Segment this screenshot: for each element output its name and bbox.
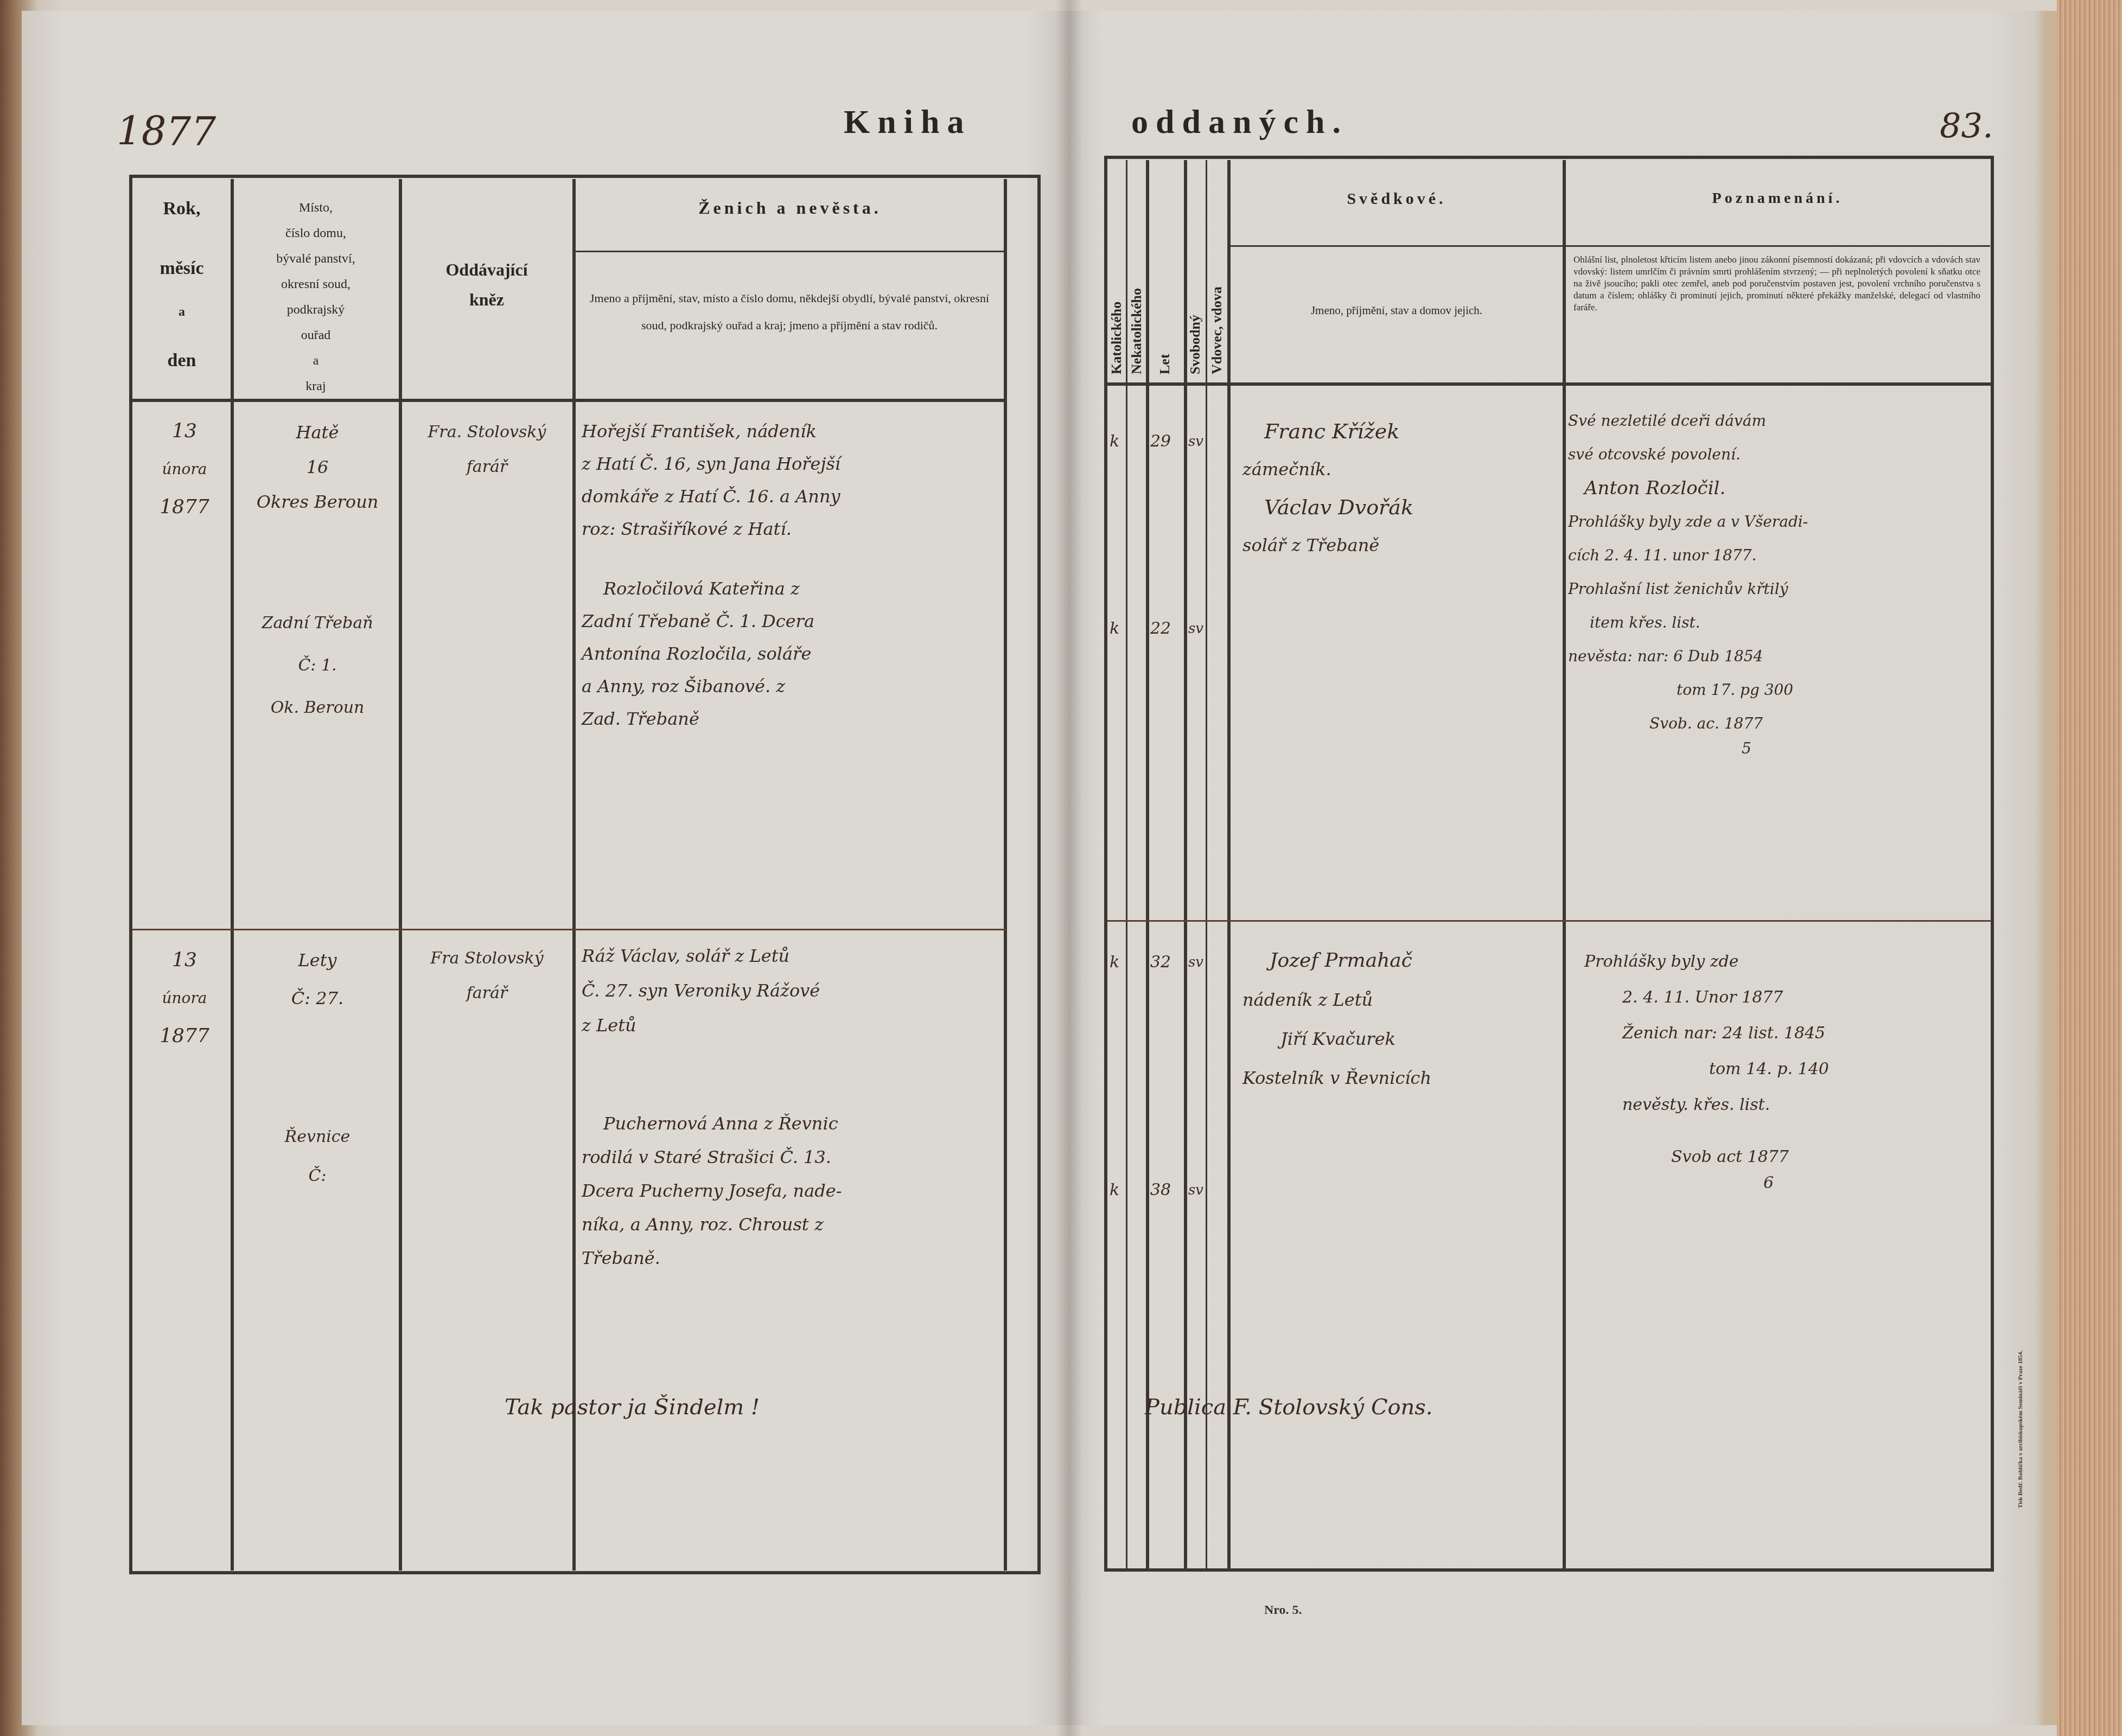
witness-line: Kostelník v Řevnicích xyxy=(1242,1058,1431,1097)
note-line: 2. 4. 11. Unor 1877 xyxy=(1584,980,1829,1016)
entry2-year: 1877 xyxy=(155,1017,214,1055)
entry2-month: února xyxy=(155,979,214,1017)
entry1-notes: Své nezletilé dceři dávám své otcovské p… xyxy=(1568,404,1808,757)
groom-line: z Letů xyxy=(582,1008,820,1043)
header-priest-line: kněz xyxy=(403,285,571,315)
note-line: Anton Rozločil. xyxy=(1568,471,1808,505)
note-line: své otcovské povolení. xyxy=(1568,438,1808,471)
place-line: Hatě xyxy=(239,415,396,450)
witness-line: Václav Dvořák xyxy=(1242,488,1413,526)
col-divider xyxy=(572,179,576,1571)
header-place-line: ouřad xyxy=(234,323,397,348)
note-line: Svob. ac. 1877 xyxy=(1568,707,1808,741)
col-divider xyxy=(1206,160,1207,1571)
note-line: Prohlášky byly zde a v Všeradi- xyxy=(1568,505,1808,539)
col-divider xyxy=(1004,179,1007,1571)
printer-note: Tisk Bedř. Rohlíčka v arcibiskupském Sem… xyxy=(2017,1350,2024,1508)
header-date-line: měsíc xyxy=(133,255,231,282)
header-widowed: Vdovec, vdova xyxy=(1209,286,1225,374)
groom-line: Ráž Václav, solář z Letů xyxy=(582,939,820,973)
entry1-witnesses: Franc Křížek zámečník. Václav Dvořák sol… xyxy=(1242,412,1413,564)
note-line: nevěsta: nar: 6 Dub 1854 xyxy=(1568,640,1808,673)
entry2-place-groom: Lety Č: 27. xyxy=(239,941,396,1017)
bride-line: Antonína Rozločila, soláře xyxy=(582,637,814,670)
col-divider xyxy=(1146,160,1149,1571)
col-divider xyxy=(231,179,234,1571)
form-number: Nro. 5. xyxy=(1264,1603,1302,1618)
entry2-witnesses: Jozef Prmahač nádeník z Letů Jiří Kvačur… xyxy=(1242,941,1431,1097)
entry1-place-groom: Hatě 16 Okres Beroun xyxy=(239,415,396,519)
bride-line: Rozločilová Kateřina z xyxy=(582,572,814,605)
header-date-line: den xyxy=(133,347,231,374)
place-line: 16 xyxy=(239,450,396,484)
place-line: Ok. Beroun xyxy=(239,687,396,729)
entry2-groom-religion: k xyxy=(1110,941,1119,984)
groom-line: Č. 27. syn Veroniky Rážové xyxy=(582,973,820,1008)
groom-line: domkáře z Hatí Č. 16. a Anny xyxy=(582,480,840,513)
bride-line: níka, a Anny, roz. Chroust z xyxy=(582,1208,842,1241)
entry1-groom-age: 29 xyxy=(1150,420,1171,463)
note-line: Prohlašní list ženichův křtilý xyxy=(1568,572,1808,606)
entry2-bride: Puchernová Anna z Řevnic rodilá v Staré … xyxy=(582,1107,842,1275)
note-line: Své nezletilé dceři dávám xyxy=(1568,404,1808,438)
groom-line: roz: Strašiříkové z Hatí. xyxy=(582,513,840,545)
priest-line: farář xyxy=(404,450,570,484)
entry1-groom-status: sv xyxy=(1188,420,1203,463)
note-line: 5 xyxy=(1568,741,1808,757)
header-single: Svobodný xyxy=(1187,315,1203,374)
entry1-date: 13 února 1877 xyxy=(155,412,214,526)
note-line: Ženich nar: 24 list. 1845 xyxy=(1584,1016,1829,1051)
header-notes-title: Poznamenání. xyxy=(1566,190,1989,207)
col-divider xyxy=(1126,160,1127,1571)
col-divider xyxy=(1563,160,1566,1571)
header-place-line: Místo, xyxy=(234,195,397,221)
place-line: Zadní Třebaň xyxy=(239,602,396,644)
header-date-line: Rok, xyxy=(133,195,231,222)
bride-line: Puchernová Anna z Řevnic xyxy=(582,1107,842,1140)
entry2-bride-religion: k xyxy=(1110,1169,1119,1211)
bride-line: Zad. Třebaně xyxy=(582,703,814,735)
entry2-day: 13 xyxy=(155,941,214,979)
title-right: oddaných. xyxy=(1131,103,1348,142)
entry1-day: 13 xyxy=(155,412,214,450)
priest-line: Fra Stolovský xyxy=(404,941,570,976)
entry-divider xyxy=(132,929,1006,930)
entry1-groom: Hořejší František, nádeník z Hatí Č. 16,… xyxy=(582,415,840,545)
entry1-bride-religion: k xyxy=(1110,608,1119,650)
header-date: Rok, měsíc a den xyxy=(133,195,231,374)
header-divider xyxy=(1107,382,1992,386)
entry2-bride-status: sv xyxy=(1188,1169,1203,1211)
signature-left: Tak pastor ja Šindelm ! xyxy=(505,1386,760,1428)
title-left: Kniha xyxy=(844,103,971,142)
entry1-month: února xyxy=(155,450,214,488)
note-line: cích 2. 4. 11. unor 1877. xyxy=(1568,539,1808,572)
header-witnesses-desc: Jmeno, příjmění, stav a domov jejich. xyxy=(1231,304,1563,317)
header-witnesses-title: Svědkové. xyxy=(1231,190,1563,208)
entry1-bride-status: sv xyxy=(1188,608,1203,650)
place-line: Č: xyxy=(239,1157,396,1196)
witness-line: nádeník z Letů xyxy=(1242,980,1431,1019)
entry2-bride-age: 38 xyxy=(1150,1169,1171,1211)
page-number: 83. xyxy=(1940,106,1993,145)
header-age: Let xyxy=(1157,354,1173,374)
header-priest: Oddávající kněz xyxy=(403,255,571,315)
entry2-notes: Prohlášky byly zde 2. 4. 11. Unor 1877 Ž… xyxy=(1584,944,1829,1191)
note-line: 6 xyxy=(1584,1175,1829,1191)
entry2-groom-status: sv xyxy=(1188,941,1203,984)
col-divider xyxy=(1227,160,1231,1571)
header-priest-line: Oddávající xyxy=(403,255,571,285)
witness-line: Jiří Kvačurek xyxy=(1242,1019,1431,1058)
col-divider xyxy=(399,179,402,1571)
note-line: tom 17. pg 300 xyxy=(1568,673,1808,707)
bride-line: Zadní Třebaně Č. 1. Dcera xyxy=(582,605,814,637)
priest-line: Fra. Stolovský xyxy=(404,415,570,450)
bride-line: Třebaně. xyxy=(582,1241,842,1275)
header-place-line: podkrajský xyxy=(234,297,397,323)
entry1-priest: Fra. Stolovský farář xyxy=(404,415,570,484)
header-noncatholic: Nekatolického xyxy=(1129,288,1145,374)
header-place-line: okresní soud, xyxy=(234,272,397,297)
entry1-bride: Rozločilová Kateřina z Zadní Třebaně Č. … xyxy=(582,572,814,735)
header-place-line: kraj xyxy=(234,374,397,399)
row-divider xyxy=(1231,245,1990,247)
header-date-line: a xyxy=(133,298,231,325)
note-line: item křes. list. xyxy=(1568,606,1808,640)
bride-line: rodilá v Staré Strašici Č. 13. xyxy=(582,1140,842,1174)
header-place-line: a xyxy=(234,348,397,374)
row-divider xyxy=(575,251,1004,252)
page-edges xyxy=(2057,0,2122,1736)
right-table-frame xyxy=(1104,156,1994,1572)
entry1-year: 1877 xyxy=(155,488,214,526)
note-line: Prohlášky byly zde xyxy=(1584,944,1829,980)
place-line: Lety xyxy=(239,941,396,979)
signature-right: Publica F. Stolovský Cons. xyxy=(1145,1386,1433,1428)
entry2-date: 13 února 1877 xyxy=(155,941,214,1055)
entry2-groom-age: 32 xyxy=(1150,941,1171,984)
witness-line: Franc Křížek xyxy=(1242,412,1413,450)
book-spread: 1877 Kniha oddaných. 83. Rok, měsíc a de… xyxy=(0,0,2122,1736)
note-line: Svob act 1877 xyxy=(1584,1139,1829,1175)
groom-line: Hořejší František, nádeník xyxy=(582,415,840,448)
header-notes-desc: Ohlášní list, plnoletost křticím listem … xyxy=(1573,254,1980,314)
groom-line: z Hatí Č. 16, syn Jana Hořejší xyxy=(582,448,840,480)
place-line: Č: 27. xyxy=(239,979,396,1017)
place-line: Okres Beroun xyxy=(239,484,396,519)
note-line: nevěsty. křes. list. xyxy=(1584,1087,1829,1123)
note-line: tom 14. p. 140 xyxy=(1584,1051,1829,1087)
year-note: 1877 xyxy=(117,108,216,154)
entry-divider xyxy=(1107,920,1992,922)
entry1-place-bride: Zadní Třebaň Č: 1. Ok. Beroun xyxy=(239,602,396,729)
bride-line: a Anny, roz Šibanové. z xyxy=(582,670,814,703)
entry2-place-bride: Řevnice Č: xyxy=(239,1118,396,1196)
header-couple-title: Ženich a nevěsta. xyxy=(576,198,1004,218)
witness-line: zámečník. xyxy=(1242,450,1413,488)
header-catholic: Katolického xyxy=(1108,302,1125,374)
priest-line: farář xyxy=(404,976,570,1011)
entry2-groom: Ráž Václav, solář z Letů Č. 27. syn Vero… xyxy=(582,939,820,1043)
place-line: Č: 1. xyxy=(239,644,396,687)
header-place-line: bývalé panství, xyxy=(234,246,397,272)
header-place: Místo, číslo domu, bývalé panství, okres… xyxy=(234,195,397,399)
entry1-groom-religion: k xyxy=(1110,420,1119,463)
entry2-priest: Fra Stolovský farář xyxy=(404,941,570,1011)
bride-line: Dcera Pucherny Josefa, nade- xyxy=(582,1174,842,1208)
entry1-bride-age: 22 xyxy=(1150,608,1171,650)
header-place-line: číslo domu, xyxy=(234,221,397,246)
book-gutter xyxy=(1055,0,1082,1736)
header-couple-desc: Jmeno a příjmění, stav, místo a číslo do… xyxy=(586,285,993,339)
witness-line: Jozef Prmahač xyxy=(1242,941,1431,980)
place-line: Řevnice xyxy=(239,1118,396,1157)
witness-line: solář z Třebaně xyxy=(1242,526,1413,564)
